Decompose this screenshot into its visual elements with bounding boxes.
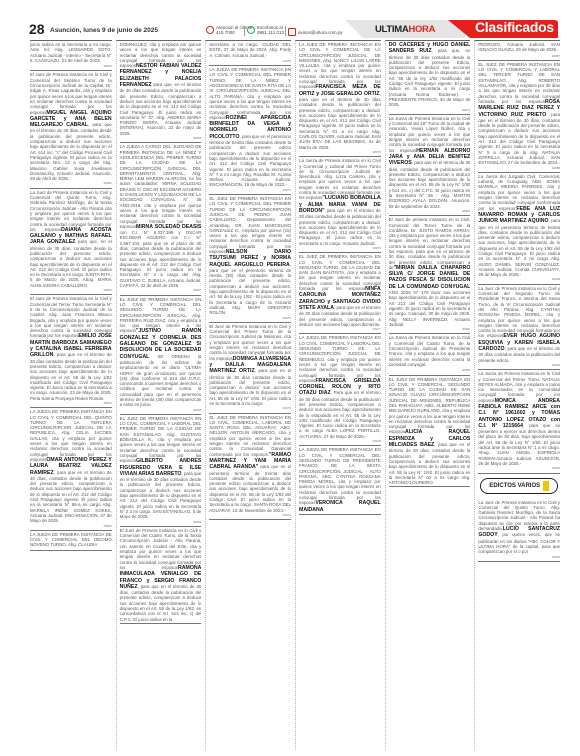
notice-code: 40972 <box>209 316 291 321</box>
classified-notice: PEDROZO, Actuario Judicial. SAN IGNACIO … <box>478 41 560 61</box>
notice-text: EL JUEZ DE PRIMERA INSTANCIA EN LO CIVIL… <box>478 62 560 104</box>
divider <box>244 26 245 36</box>
column-2: DOMINGUEZ, cita y emplaza por quince vec… <box>116 40 202 750</box>
notice-text: LA JUEZA DE PRIMERA INSTANCIA DE CIVIL Y… <box>30 532 112 548</box>
notice-code: 40973 <box>209 406 291 411</box>
classified-notice: El Juez de Primera Instancia en lo Civil… <box>30 71 112 188</box>
classified-notice: El Juez de Primera Instancia en lo Civil… <box>30 295 112 408</box>
notice-code: 40977 <box>299 327 381 332</box>
classified-notice: La Juez de Primera Instancia en lo Civil… <box>478 285 560 370</box>
notice-text: LA JUEZ DE PRIMERA INSTANCIA EN LO CIVIL… <box>299 42 381 89</box>
column-1: juicio radica en la Secretaría a mi carg… <box>30 40 112 750</box>
notice-text: , para que en el término de 30 días cont… <box>299 91 381 150</box>
section-label: EDICTOS VARIOS <box>489 483 540 489</box>
notice-text: secretaría a mi cargo. CIUDAD DEL ESTE, … <box>209 42 291 58</box>
notice-code: 40980 <box>389 209 471 214</box>
classified-notice: La Jueza del Juzgado Civil, Comercial, L… <box>478 173 560 285</box>
classified-notice: EL JUEZ DE PRIMERA INSTANCIA EN LO CIVIL… <box>209 195 291 323</box>
notice-code: 40968 <box>120 408 202 413</box>
notice-code: 40984 <box>30 401 112 406</box>
edictos-varios-header: EDICTOS VARIOS <box>480 478 558 494</box>
notice-text: , para que en el término de 30 días, con… <box>389 442 471 485</box>
classified-notice: EL JUEZ DE PRIMERA INSTANCIA EN LO CIVIL… <box>478 61 560 173</box>
notice-code: 40966 <box>120 136 202 141</box>
classified-notice: LA JUEZA DE PRIMERA INSTANCIA EN LO CIVI… <box>209 66 291 195</box>
classified-notice: EL JUEZ DE PRIMERA INSTANCIA EN LO CIVIL… <box>389 376 471 488</box>
notice-text: El Juez de primera instancia en lo Civil… <box>389 217 471 270</box>
notice-code: 40970 <box>209 59 291 64</box>
notice-text: La Jueza de Primera Instancia en lo Civi… <box>389 335 471 366</box>
notice-names: MIRNA SOLEDAD DEASIS <box>136 224 201 230</box>
issue-date: Asunción, lunes 9 de junio de 2025 <box>50 27 158 34</box>
notice-text: , para que en el perentorio término de t… <box>478 218 560 277</box>
notice-code: 40975 <box>299 150 381 155</box>
notice-text: , para que en el perentorio término de t… <box>209 262 291 316</box>
column-4: LA JUEZ DE PRIMERA INSTANCIA EN LO CIVIL… <box>295 40 381 750</box>
notice-text: PEDROZO, Actuario Judicial. SAN IGNACIO … <box>478 42 560 52</box>
notice-text: LA JUEZA DE PRIMERA INSTANCIA EN LO CIVI… <box>299 335 381 382</box>
classified-notice: DOMINGUEZ, cita y emplaza por quince vec… <box>120 41 202 143</box>
notice-text: LA JUEZA A CARGO DEL JUZGADO DE PRIMERA … <box>120 144 202 228</box>
classified-notice: La Juez de Primera Instancia en lo Civil… <box>478 499 560 562</box>
notice-text: El Juez de Primera Instancia en lo Civil… <box>30 72 112 114</box>
notice-text: LA JUEZA DE PRIMERA INSTANCIA EN LO CIVI… <box>299 447 381 505</box>
notice-code: 40965 <box>30 64 112 69</box>
classified-notice: LA JUEZA DE PRIMERA INSTANCIA EN LO CIVI… <box>30 408 112 531</box>
notice-code: 40988 <box>478 166 560 171</box>
notice-text: para que, en el término de 30 días, cont… <box>30 239 112 287</box>
notice-text: juicio radica en la Secretaría a mi carg… <box>30 42 112 63</box>
classified-notice: LA JUEZA A CARGO DEL JUZGADO DE PRIMERA … <box>120 143 202 295</box>
notice-text: , para que en el término de 30 días cont… <box>209 368 291 406</box>
classified-notice: La Jueza de Primera Instancia en lo Civi… <box>478 370 560 473</box>
notice-code: 40967 <box>120 288 202 293</box>
notice-text: La Juez de Primera Instancia en lo Civil… <box>30 190 112 232</box>
notice-text: EL JUEZ DE PRIMERA INSTANCIA EN LO CIVIL… <box>209 415 291 457</box>
notice-code: 40982 <box>30 181 112 186</box>
notice-code: 40971 <box>209 188 291 193</box>
contact-email: avisos@uhora.com.py <box>288 28 343 36</box>
notice-text: , para que en el término de 30 días, con… <box>120 584 202 622</box>
notice-text: , para que en el perentorio término de t… <box>209 134 291 188</box>
notice-text: , para que se presenten a ejercer sus de… <box>478 423 560 466</box>
notice-text: , para que, en término de 30 días contad… <box>389 48 471 107</box>
notice-text: para que en el perentorio término de tre… <box>209 464 291 512</box>
notice-text: SE ORDENA la publicación de los edictos … <box>120 354 202 408</box>
notice-text: para que, en el término de 30 días conta… <box>120 82 202 136</box>
notice-names: "MIRIAN DALILA CHAPARRO SILVA C/ JORGE D… <box>389 265 471 290</box>
column-5: DO CACERES y HUGO DANIEL SANDERS RUIZ, p… <box>385 40 471 750</box>
notice-code: 40981 <box>389 327 471 332</box>
notice-text: con C.I. N° 6.337.389 y OSCAR ESCOBAR AG… <box>120 230 202 288</box>
notice-code: 40991 <box>478 466 560 471</box>
classified-notice: EL JUEZ DE PRIMERA INSTANCIA EN LO CIVIL… <box>120 415 202 527</box>
notice-text: AÑO 2025 N° 170 ducir sus acciones bajo … <box>389 290 471 327</box>
notice-text: , para que en el término de 30 días, con… <box>389 160 471 208</box>
classified-notice: LA JUEZA DE PRIMERA INSTANCIA DE CIVIL Y… <box>30 531 112 551</box>
column-3: secretaría a mi cargo. CIUDAD DEL ESTE, … <box>205 40 291 750</box>
notice-text: . Para que en el término de 30 días cont… <box>299 390 381 438</box>
notice-text: EL JUEZ DE PRIMERA INSTANCIA EN LO CIVIL… <box>120 416 202 463</box>
classified-notice: La Jueza de Primera Instancia en lo Civi… <box>299 157 381 253</box>
notice-code: 40986 <box>389 368 471 373</box>
notice-text: La Jueza de Primera Instancia en lo Civi… <box>299 158 381 200</box>
phone-icon <box>206 26 214 34</box>
envelope-icon <box>288 28 296 36</box>
contact-whatsapp: Escríbinos al0981 111 013 <box>247 25 284 35</box>
section-title: Clasificados <box>475 19 554 35</box>
notice-text: El Juez de Primera Instancia en lo Civil… <box>30 296 112 338</box>
classified-notice: La Juez de Primera Instancia en lo Civil… <box>30 189 112 296</box>
notice-code: 40974 <box>209 513 291 518</box>
notice-code: 40979 <box>389 108 471 113</box>
notice-code: 40976 <box>299 246 381 251</box>
classified-notice: EL JUEZ DE PRIMERA INSTANCIA EN LO CIVIL… <box>209 414 291 521</box>
classified-notice: EL JUEZ DE PRIMERA INSTANCIA EN LO CIVIL… <box>299 253 381 334</box>
divider <box>285 26 286 36</box>
column-6: PEDROZO, Actuario Judicial. SAN IGNACIO … <box>474 40 560 750</box>
notice-text: , para que en el término de 30 días, con… <box>30 122 112 181</box>
notice-text: El Juez de Primera Instancia en lo Civil… <box>120 528 202 570</box>
classified-notice: La Jueza de Primera Instancia en lo Civi… <box>389 115 471 216</box>
notice-code: 40990 <box>478 363 560 368</box>
notice-text: EL JUEZ DE PRIMERA INSTANCIA EN LO CIVIL… <box>389 377 471 435</box>
page-number: 28 <box>29 21 45 37</box>
notice-text: , para que en el término de 30 días cont… <box>120 471 202 519</box>
classified-columns: juicio radica en la Secretaría a mi carg… <box>30 40 560 750</box>
notice-code: 40989 <box>478 277 560 282</box>
classified-notice: DO CACERES y HUGO DANIEL SANDERS RUIZ, p… <box>389 41 471 115</box>
notice-code: 40978 <box>299 439 381 444</box>
notice-text: EL JUEZ DE PRIMERA INSTANCIA EN LO CIVIL… <box>209 196 291 254</box>
classified-notice: LA JUEZA DE PRIMERA INSTANCIA EN LO CIVI… <box>299 446 381 515</box>
notice-text: , para que en el término de 30 días, con… <box>30 470 112 524</box>
notice-code: 40983 <box>30 288 112 293</box>
notice-text: La Juez de Primera Instancia en lo Civil… <box>478 286 560 339</box>
notice-code: 40992 <box>478 555 560 560</box>
page-header: 28 Asunción, lunes 9 de junio de 2025 At… <box>0 0 580 38</box>
notice-text: , para que en el término de 30 días, con… <box>478 112 560 166</box>
tag-icon <box>543 481 549 491</box>
classified-notice: El Juez de Primera Instancia en lo Civil… <box>209 323 291 414</box>
notice-code: 40987 <box>478 54 560 59</box>
notice-code: 40985 <box>30 524 112 529</box>
whatsapp-icon <box>247 26 255 34</box>
classified-notice: La Jueza de Primera Instancia en lo Civi… <box>389 334 471 375</box>
notice-text: , para que en el término de 30 días cont… <box>30 352 112 400</box>
classified-notice: LA JUEZ DE PRIMERA INSTANCIA EN LO CIVIL… <box>299 41 381 157</box>
notice-code: 40969 <box>120 520 202 525</box>
classified-notice: secretaría a mi cargo. CIUDAD DEL ESTE, … <box>209 41 291 66</box>
classified-notice: EL JUEZ DE PRIMERA INSTANCIA EN LO CIVIL… <box>120 296 202 415</box>
classified-notice: El Juez de primera instancia en lo Civil… <box>389 216 471 334</box>
classified-notice: juicio radica en la Secretaría a mi carg… <box>30 41 112 71</box>
classified-notice: LA JUEZA DE PRIMERA INSTANCIA EN LO CIVI… <box>299 334 381 446</box>
notice-text: LA JUEZA DE PRIMERA INSTANCIA EN LO CIVI… <box>30 409 112 462</box>
notice-text: para que en el término de 30 días contad… <box>299 208 381 246</box>
notice-text: LA JUEZA DE PRIMERA INSTANCIA EN LO CIVI… <box>209 67 291 120</box>
brand-logo: ULTIMAHORA <box>375 24 435 35</box>
classified-notice: El Juez de Primera Instancia en lo Civil… <box>120 527 202 624</box>
